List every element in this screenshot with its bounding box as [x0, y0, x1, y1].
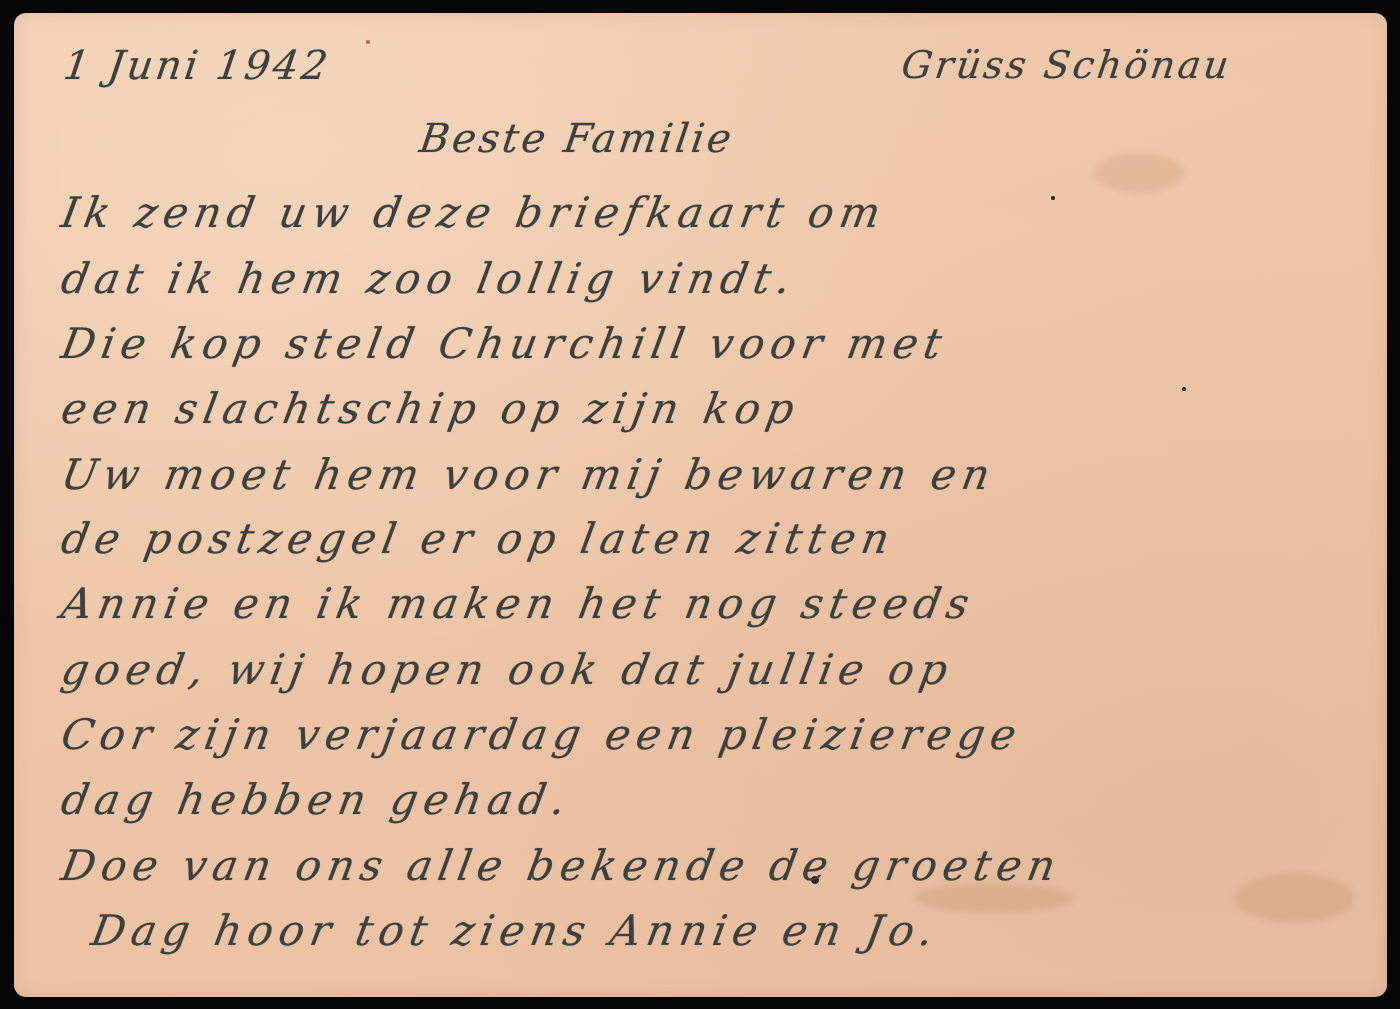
- body-line: goed, wij hopen ook dat jullie op: [58, 645, 958, 694]
- postcard: 1 Juni 1942 Grüss Schönau Beste Familie …: [14, 13, 1387, 997]
- postcard-closing: Dag hoor tot ziens Annie en Jo.: [88, 906, 943, 955]
- postcard-date: 1 Juni 1942: [61, 43, 333, 89]
- postcard-salutation: Beste Familie: [417, 116, 737, 162]
- ink-speck: [1182, 387, 1186, 391]
- ink-speck: [1051, 196, 1055, 200]
- paper-stain: [1234, 873, 1354, 923]
- body-line: dat ik hem zoo lollig vindt.: [58, 254, 801, 303]
- body-line: de postzegel er op laten zitten: [58, 514, 899, 563]
- body-line: dag hebben gehad.: [58, 775, 576, 824]
- body-line: Uw moet hem voor mij bewaren en: [58, 450, 1000, 499]
- postcard-place: Grüss Schönau: [899, 43, 1235, 87]
- body-line: Ik zend uw deze briefkaart om: [58, 188, 890, 237]
- body-line: een slachtschip op zijn kop: [58, 384, 804, 433]
- ink-speck: [366, 40, 370, 44]
- body-line: Die kop steld Churchill voor met: [58, 319, 952, 368]
- body-line: Cor zijn verjaardag een pleizierege: [58, 710, 1026, 759]
- paper-stain: [1094, 153, 1184, 193]
- body-line: Doe van ons alle bekende de groeten: [58, 841, 1065, 890]
- body-line: Annie en ik maken het nog steeds: [58, 579, 979, 628]
